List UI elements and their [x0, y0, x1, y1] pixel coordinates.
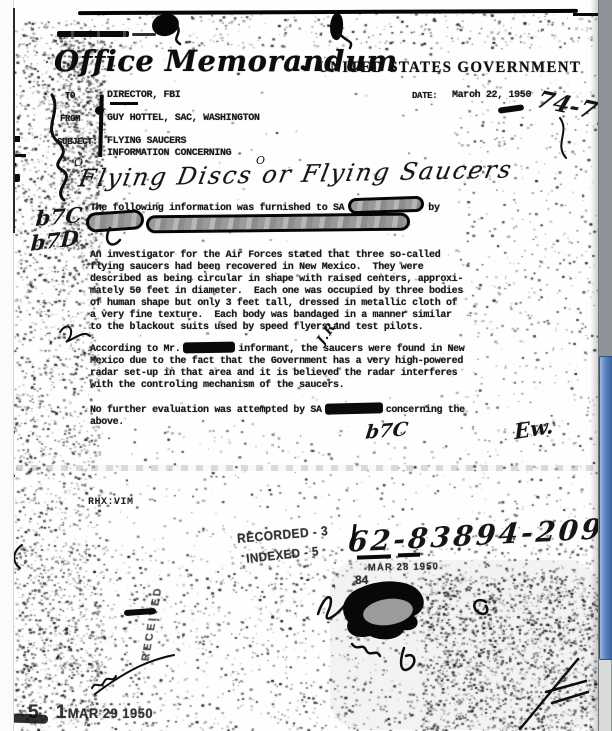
- ink-blot-colon: [95, 106, 104, 115]
- to-label: TO: [65, 90, 75, 102]
- to-underline: [110, 102, 138, 105]
- subject-value: FLYING SAUCERS INFORMATION CONCERNING: [107, 136, 231, 160]
- received-stamp-vertical: RECEIVED: [140, 542, 173, 661]
- squiggle-bottom-left: [92, 676, 116, 688]
- handwritten-file-number: 62-83894-209: [347, 512, 606, 558]
- scrollbar-track[interactable]: [599, 658, 611, 731]
- redaction-line2-a: [85, 209, 144, 233]
- page-left-margin: [0, 0, 14, 731]
- paren-mark-2: [14, 545, 22, 568]
- paragraph-3: No further evaluation was attempted by S…: [90, 403, 510, 429]
- exemption-code-b7d: b7D: [30, 225, 80, 256]
- typist-reference: RHX:VIM: [88, 497, 134, 508]
- paragraph-1: An investigator for the Air Forces state…: [90, 250, 492, 334]
- memo-org: UNITED STATES GOVERNMENT: [318, 60, 581, 78]
- subject-label: SUBJECT:: [57, 136, 97, 148]
- recorded-stamp: RECORDED - 3: [236, 523, 328, 546]
- toner-shadow: [330, 560, 598, 730]
- ink-stroke-vertical: [98, 95, 104, 157]
- margin-scribble-p2: [60, 326, 90, 342]
- file-number-underline-1: [357, 554, 391, 559]
- page-left-edge-line: [13, 8, 15, 233]
- redaction-sa: [325, 402, 383, 415]
- redaction-line2-b: [146, 213, 410, 234]
- date-value: March 22, 1950: [452, 90, 531, 102]
- indexed-stamp: INDEXED - 5: [246, 544, 320, 566]
- paragraph-3-pre: No further evaluation was attempted by S…: [90, 405, 322, 416]
- file-number-underline-2: [398, 553, 420, 558]
- exemption-code-b7c-2: b7C: [364, 418, 409, 444]
- from-label: FROM: [60, 113, 80, 125]
- bottom-stamp-date: MAR 29 1950: [68, 706, 153, 721]
- paragraph-2: According to Mr.informant, the saucers w…: [90, 342, 502, 392]
- date-label: DATE:: [412, 90, 437, 102]
- to-value: DIRECTOR, FBI: [107, 90, 180, 102]
- form-number-smudge: [57, 31, 129, 37]
- date-received-stamp: MAR 28 1950: [368, 561, 439, 573]
- handwritten-initials-2: Ew.: [514, 413, 554, 444]
- form-number-smudge-2: [132, 33, 156, 36]
- swoosh-bottom-left: [95, 655, 174, 694]
- scanned-memo-viewer: Office Memorandum • UNITED STATES GOVERN…: [0, 0, 612, 731]
- title-bullet: •: [300, 58, 306, 78]
- redaction-mr: [183, 342, 235, 354]
- ink-dash-date: [498, 104, 525, 114]
- redaction-intro: [348, 196, 425, 215]
- scribble-right-margin: [560, 118, 566, 158]
- handwritten-script-title: Flying Discs or Flying Saucers: [76, 155, 515, 192]
- ink-blot-top-center: [328, 12, 344, 40]
- intro-text-post: by: [428, 203, 439, 214]
- scan-artifact-band: [16, 465, 594, 471]
- intro-line: The following information was furnished …: [90, 197, 560, 215]
- stamp-number: 84: [355, 573, 368, 587]
- page-top-rule: [78, 9, 578, 15]
- page-edge-shadow: [590, 0, 598, 731]
- scrollbar-thumb[interactable]: [599, 356, 612, 660]
- paragraph-2-pre: According to Mr.: [90, 344, 180, 355]
- from-value: GUY HOTTEL, SAC, WASHINGTON: [107, 113, 260, 125]
